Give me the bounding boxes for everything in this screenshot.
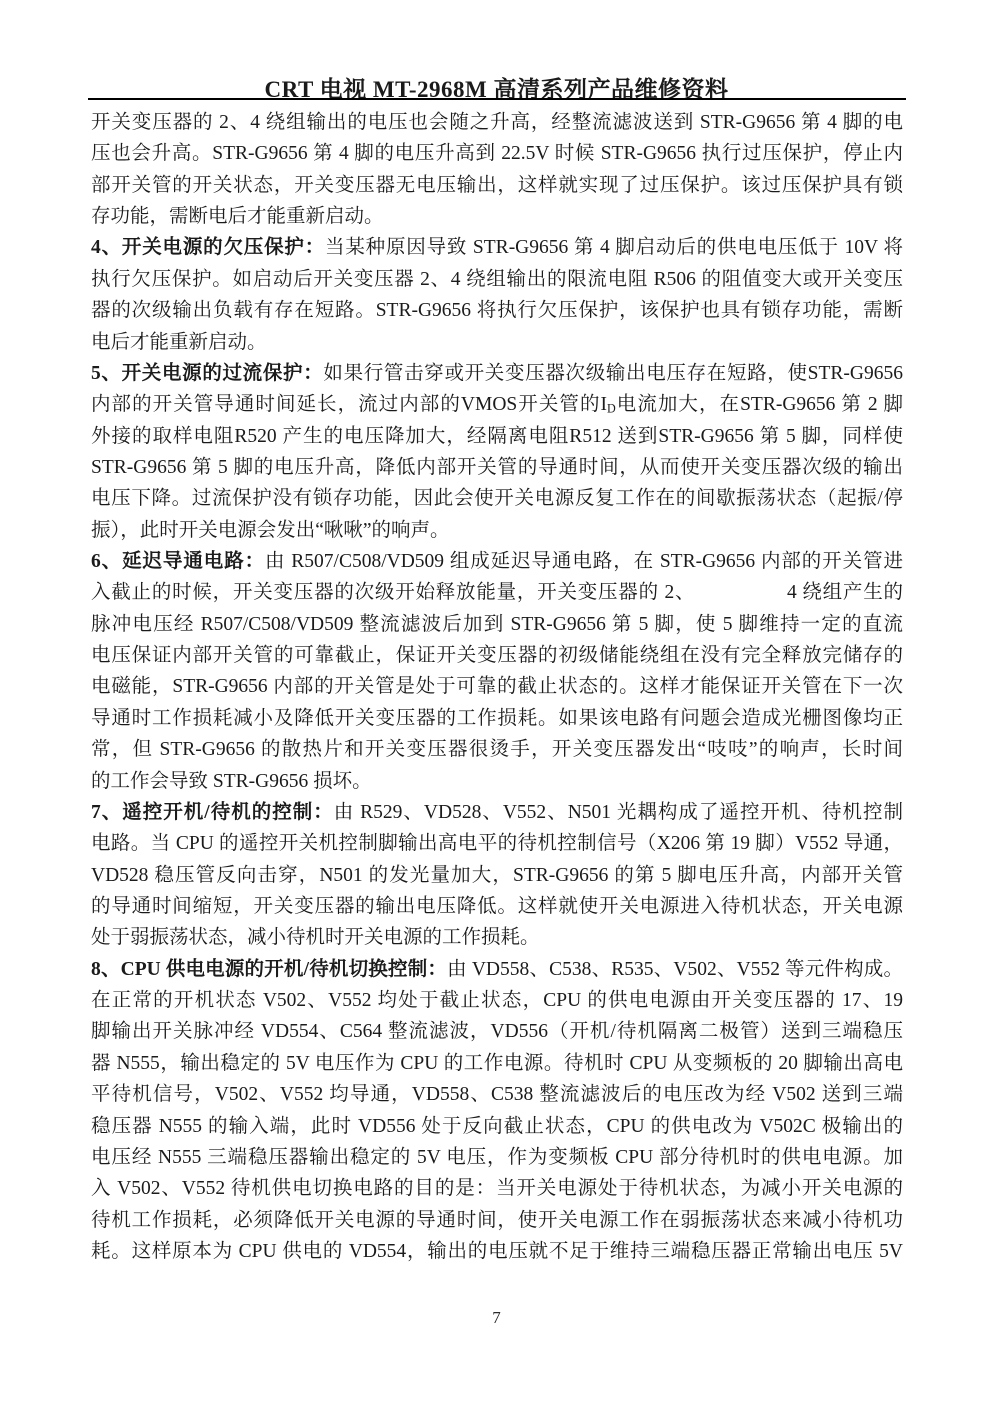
- text-line: 平待机信号，V502、V552 均导通，VD558、C538 整流滤波后的电压改…: [91, 1079, 903, 1110]
- body-text: 处于弱振荡状态，减小待机时开关电源的工作损耗。: [91, 927, 540, 948]
- text-line: 电压经 N555 三端稳压器输出稳定的 5V 电压，作为变频板 CPU 部分待机…: [91, 1142, 903, 1173]
- subscript-text: D: [607, 402, 616, 416]
- text-line: 耗。这样原本为 CPU 供电的 VD554，输出的电压就不足于维持三端稳压器正常…: [91, 1236, 903, 1267]
- text-line: 入截止的时候，开关变压器的次级开始释放能量，开关变压器的 2、 4 绕组产生的: [91, 577, 903, 608]
- text-line: 常，但 STR-G9656 的散热片和开关变压器很烫手，开关变压器发出“吱吱”的…: [91, 734, 903, 765]
- body-text: 由 R507/C508/VD509 组成延迟导通电路，在 STR-G9656 内…: [265, 551, 903, 572]
- body-text: 器的次级输出负载有存在短路。STR-G9656 将执行欠压保护，该保护也具有锁存…: [91, 300, 903, 321]
- body-text: 存功能，需断电后才能重新启动。: [91, 206, 384, 227]
- body-text: 脚输出开关脉冲经 VD554、C564 整流滤波，VD556（开机/待机隔离二极…: [91, 1021, 903, 1042]
- text-line: 执行欠压保护。如启动后开关变压器 2、4 绕组输出的限流电阻 R506 的阻值变…: [91, 264, 903, 295]
- body-text: STR-G9656 第 5 脚的电压升高，降低内部开关管的导通时间，从而使开关变…: [91, 457, 903, 478]
- text-line: 5、开关电源的过流保护：如果行管击穿或开关变压器次级输出电压存在短路，使STR-…: [91, 358, 903, 389]
- text-line: 开关变压器的 2、4 绕组输出的电压也会随之升高，经整流滤波送到 STR-G96…: [91, 107, 903, 138]
- body-text: 部开关管的开关状态，开关变压器无电压输出，这样就实现了过压保护。该过压保护具有锁: [91, 175, 903, 196]
- text-line: 7、遥控开机/待机的控制：由 R529、VD528、V552、N501 光耦构成…: [91, 797, 903, 828]
- body-text: VD528 稳压管反向击穿，N501 的发光量加大，STR-G9656 的第 5…: [91, 865, 903, 886]
- body-text: 电路。当 CPU 的遥控开关机控制脚输出高电平的待机控制信号（X206 第 19…: [91, 833, 903, 854]
- text-line: 电路。当 CPU 的遥控开关机控制脚输出高电平的待机控制信号（X206 第 19…: [91, 828, 903, 859]
- text-line: 在正常的开机状态 V502、V552 均处于截止状态，CPU 的供电电源由开关变…: [91, 985, 903, 1016]
- body-text: 执行欠压保护。如启动后开关变压器 2、4 绕组输出的限流电阻 R506 的阻值变…: [91, 269, 903, 290]
- body-text: 电流加大，在STR-G9656 第 2 脚: [616, 394, 903, 415]
- body-text: 压也会升高。STR-G9656 第 4 脚的电压升高到 22.5V 时候 STR…: [91, 143, 903, 164]
- body-text: 电压经 N555 三端稳压器输出稳定的 5V 电压，作为变频板 CPU 部分待机…: [91, 1147, 903, 1168]
- document-page: CRT 电视 MT-2968M 高清系列产品维修资料 开关变压器的 2、4 绕组…: [0, 0, 993, 1404]
- body-text: 开关变压器的 2、4 绕组输出的电压也会随之升高，经整流滤波送到 STR-G96…: [91, 112, 903, 133]
- text-line: 导通时工作损耗减小及降低开关变压器的工作损耗。如果该电路有问题会造成光栅图像均正: [91, 703, 903, 734]
- body-text: 入 V502、V552 待机供电切换电路的目的是：当开关电源处于待机状态，为减小…: [91, 1178, 903, 1199]
- text-line: 电磁能，STR-G9656 内部的开关管是处于可靠的截止状态的。这样才能保证开关…: [91, 671, 903, 702]
- body-text: 由 R529、VD528、V552、N501 光耦构成了遥控开机、待机控制: [334, 802, 903, 823]
- body-text: 电磁能，STR-G9656 内部的开关管是处于可靠的截止状态的。这样才能保证开关…: [91, 676, 903, 697]
- body-text: 导通时工作损耗减小及降低开关变压器的工作损耗。如果该电路有问题会造成光栅图像均正: [91, 708, 903, 729]
- text-line: 8、CPU 供电电源的开机/待机切换控制：由 VD558、C538、R535、V…: [91, 954, 903, 985]
- body-text: 稳压器 N555 的输入端，此时 VD556 处于反向截止状态，CPU 的供电改…: [91, 1116, 903, 1137]
- body-text: 外接的取样电阻R520 产生的电压降加大，经隔离电阻R512 送到STR-G96…: [91, 426, 903, 447]
- paragraph-section-8-cpu-power-switch-control: 8、CPU 供电电源的开机/待机切换控制：由 VD558、C538、R535、V…: [91, 954, 903, 1268]
- body-text: 常，但 STR-G9656 的散热片和开关变压器很烫手，开关变压器发出“吱吱”的…: [91, 739, 903, 760]
- paragraph-overvoltage-protection-continuation: 开关变压器的 2、4 绕组输出的电压也会随之升高，经整流滤波送到 STR-G96…: [91, 107, 903, 232]
- text-line: 器 N555，输出稳定的 5V 电压作为 CPU 的工作电源。待机时 CPU 从…: [91, 1048, 903, 1079]
- paragraph-section-7-remote-power-standby-control: 7、遥控开机/待机的控制：由 R529、VD528、V552、N501 光耦构成…: [91, 797, 903, 954]
- body-text: 如果行管击穿或开关变压器次级输出电压存在短路，使STR-G9656: [323, 363, 903, 384]
- text-line: VD528 稳压管反向击穿，N501 的发光量加大，STR-G9656 的第 5…: [91, 860, 903, 891]
- text-line: 待机工作损耗，必须降低开关电源的导通时间，使开关电源工作在弱振荡状态来减小待机功: [91, 1205, 903, 1236]
- body-text: 的导通时间缩短，开关变压器的输出电压降低。这样就使开关电源进入待机状态，开关电源: [91, 896, 903, 917]
- text-line: 的导通时间缩短，开关变压器的输出电压降低。这样就使开关电源进入待机状态，开关电源: [91, 891, 903, 922]
- text-line: 外接的取样电阻R520 产生的电压降加大，经隔离电阻R512 送到STR-G96…: [91, 421, 903, 452]
- body-text: 在正常的开机状态 V502、V552 均处于截止状态，CPU 的供电电源由开关变…: [91, 990, 903, 1011]
- body-text: 耗。这样原本为 CPU 供电的 VD554，输出的电压就不足于维持三端稳压器正常…: [91, 1241, 903, 1262]
- paragraph-section-4-undervoltage-protection: 4、开关电源的欠压保护：当某种原因导致 STR-G9656 第 4 脚启动后的供…: [91, 232, 903, 357]
- section-heading: 5、开关电源的过流保护：: [91, 363, 323, 384]
- text-line: 处于弱振荡状态，减小待机时开关电源的工作损耗。: [91, 922, 903, 953]
- body-text: 平待机信号，V502、V552 均导通，VD558、C538 整流滤波后的电压改…: [91, 1084, 903, 1105]
- page-number: 7: [492, 1308, 501, 1327]
- section-heading: 7、遥控开机/待机的控制：: [91, 802, 334, 823]
- text-line: 6、延迟导通电路：由 R507/C508/VD509 组成延迟导通电路，在 ST…: [91, 546, 903, 577]
- text-line: 振），此时开关电源会发出“啾啾”的响声。: [91, 515, 903, 546]
- text-line: 稳压器 N555 的输入端，此时 VD556 处于反向截止状态，CPU 的供电改…: [91, 1111, 903, 1142]
- text-line: 脉冲电压经 R507/C508/VD509 整流滤波后加到 STR-G9656 …: [91, 609, 903, 640]
- body-text: 电压保证内部开关管的可靠截止，保证开关变压器的初级储能绕组在没有完全释放完储存的: [91, 645, 903, 666]
- text-line: STR-G9656 第 5 脚的电压升高，降低内部开关管的导通时间，从而使开关变…: [91, 452, 903, 483]
- body-text: 内部的开关管导通时间延长，流过内部的VMOS开关管的I: [91, 394, 607, 415]
- text-line: 脚输出开关脉冲经 VD554、C564 整流滤波，VD556（开机/待机隔离二极…: [91, 1016, 903, 1047]
- text-line: 电压下降。过流保护没有锁存功能，因此会使开关电源反复工作在的间歇振荡状态（起振/…: [91, 483, 903, 514]
- section-heading: 6、延迟导通电路：: [91, 551, 265, 572]
- text-line: 部开关管的开关状态，开关变压器无电压输出，这样就实现了过压保护。该过压保护具有锁: [91, 170, 903, 201]
- body-text: 待机工作损耗，必须降低开关电源的导通时间，使开关电源工作在弱振荡状态来减小待机功: [91, 1210, 903, 1231]
- text-line: 的工作会导致 STR-G9656 损坏。: [91, 766, 903, 797]
- body-text: 电压下降。过流保护没有锁存功能，因此会使开关电源反复工作在的间歇振荡状态（起振/…: [91, 488, 903, 509]
- section-heading: 8、CPU 供电电源的开机/待机切换控制：: [91, 959, 447, 980]
- body-text: 脉冲电压经 R507/C508/VD509 整流滤波后加到 STR-G9656 …: [91, 614, 903, 635]
- paragraph-section-5-overcurrent-protection: 5、开关电源的过流保护：如果行管击穿或开关变压器次级输出电压存在短路，使STR-…: [91, 358, 903, 546]
- paragraph-section-6-delayed-conduction-circuit: 6、延迟导通电路：由 R507/C508/VD509 组成延迟导通电路，在 ST…: [91, 546, 903, 797]
- text-line: 内部的开关管导通时间延长，流过内部的VMOS开关管的ID电流加大，在STR-G9…: [91, 389, 903, 420]
- text-line: 器的次级输出负载有存在短路。STR-G9656 将执行欠压保护，该保护也具有锁存…: [91, 295, 903, 326]
- body-text: 由 VD558、C538、R535、V502、V552 等元件构成。: [447, 959, 903, 980]
- text-line: 入 V502、V552 待机供电切换电路的目的是：当开关电源处于待机状态，为减小…: [91, 1173, 903, 1204]
- body-text: 入截止的时候，开关变压器的次级开始释放能量，开关变压器的 2、 4 绕组产生的: [91, 582, 903, 603]
- body-text: 器 N555，输出稳定的 5V 电压作为 CPU 的工作电源。待机时 CPU 从…: [91, 1053, 903, 1074]
- section-heading: 4、开关电源的欠压保护：: [91, 237, 325, 258]
- header-rule: [88, 98, 906, 100]
- text-line: 电后才能重新启动。: [91, 327, 903, 358]
- page-footer: 7: [0, 1308, 993, 1328]
- body-text: 的工作会导致 STR-G9656 损坏。: [91, 771, 372, 792]
- body-text: 电后才能重新启动。: [91, 332, 267, 353]
- document-body: 开关变压器的 2、4 绕组输出的电压也会随之升高，经整流滤波送到 STR-G96…: [91, 107, 903, 1267]
- text-line: 压也会升高。STR-G9656 第 4 脚的电压升高到 22.5V 时候 STR…: [91, 138, 903, 169]
- text-line: 存功能，需断电后才能重新启动。: [91, 201, 903, 232]
- body-text: 振），此时开关电源会发出“啾啾”的响声。: [91, 520, 450, 541]
- text-line: 4、开关电源的欠压保护：当某种原因导致 STR-G9656 第 4 脚启动后的供…: [91, 232, 903, 263]
- body-text: 当某种原因导致 STR-G9656 第 4 脚启动后的供电电压低于 10V 将: [325, 237, 903, 258]
- text-line: 电压保证内部开关管的可靠截止，保证开关变压器的初级储能绕组在没有完全释放完储存的: [91, 640, 903, 671]
